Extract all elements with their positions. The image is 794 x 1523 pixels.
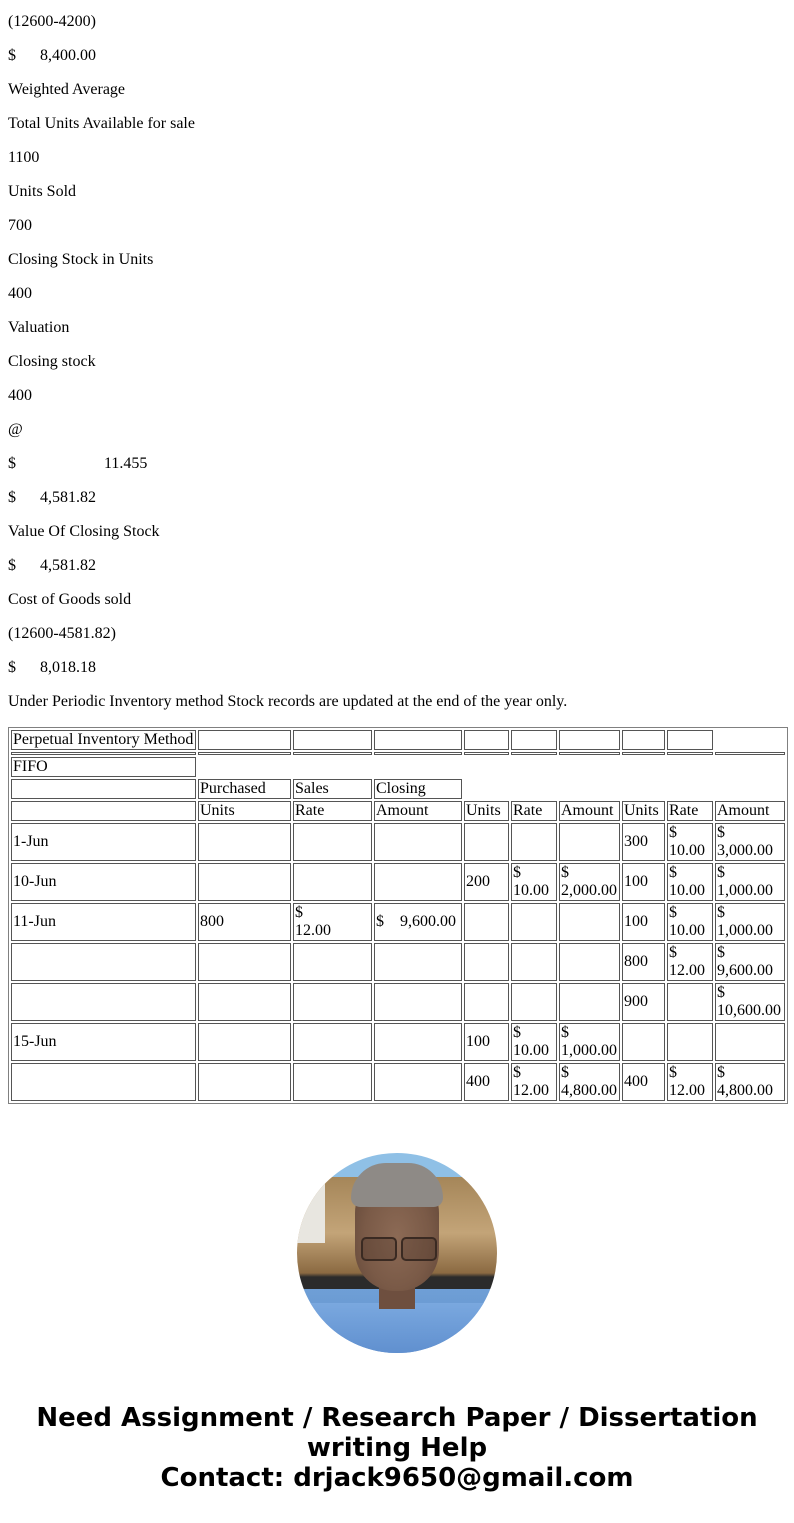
table-row: 10-Jun200$ 10.00$ 2,000.00100$ 10.00$ 1,… (11, 863, 785, 901)
value-cell (198, 1023, 291, 1061)
value-cell: $ 9,600.00 (715, 943, 785, 981)
value-cell: $ 9,600.00 (374, 903, 462, 941)
value-cell: $ 10.00 (511, 1023, 557, 1061)
value-cell: $ 2,000.00 (559, 863, 620, 901)
value-cell (464, 823, 509, 861)
paragraph-list: Cost of Goods sold(12600-4200)$ 8,400.00… (8, 0, 786, 711)
value-cell (293, 943, 372, 981)
value-cell: 800 (198, 903, 291, 941)
paragraph: Under Periodic Inventory method Stock re… (8, 693, 786, 711)
spacer-row (11, 752, 785, 755)
table-body: 1-Jun300$ 10.00$ 3,000.0010-Jun200$ 10.0… (11, 823, 785, 1101)
value-cell (374, 983, 462, 1021)
table-title-row: Perpetual Inventory Method (11, 730, 785, 750)
method-label: FIFO (11, 757, 196, 777)
group-header-sales: Sales (293, 779, 372, 799)
value-cell: $ 4,800.00 (559, 1063, 620, 1101)
column-header: Units (198, 801, 291, 821)
paragraph: @ (8, 421, 786, 439)
value-cell (511, 943, 557, 981)
paragraph: (12600-4200) (8, 13, 786, 31)
table-row: 11-Jun800$ 12.00$ 9,600.00100$ 10.00$ 1,… (11, 903, 785, 941)
method-row: FIFO (11, 757, 785, 777)
paragraph: Total Units Available for sale (8, 115, 786, 133)
value-cell (559, 983, 620, 1021)
value-cell: 200 (464, 863, 509, 901)
paragraph: $ 8,018.18 (8, 659, 786, 677)
value-cell: $ 12.00 (667, 1063, 713, 1101)
footer: Need Assignment / Research Paper / Disse… (0, 1153, 794, 1493)
value-cell (374, 823, 462, 861)
value-cell (559, 943, 620, 981)
value-cell (667, 1023, 713, 1061)
value-cell: $ 10.00 (511, 863, 557, 901)
table-title: Perpetual Inventory Method (11, 730, 196, 750)
group-header-purchased: Purchased (198, 779, 291, 799)
paragraph: 400 (8, 285, 786, 303)
column-header: Amount (715, 801, 785, 821)
value-cell (198, 1063, 291, 1101)
paragraph: Valuation (8, 319, 786, 337)
value-cell: $ 10,600.00 (715, 983, 785, 1021)
paragraph: Closing stock (8, 353, 786, 371)
value-cell (198, 983, 291, 1021)
table-row: 15-Jun100$ 10.00$ 1,000.00 (11, 1023, 785, 1061)
value-cell (511, 983, 557, 1021)
value-cell: $ 10.00 (667, 863, 713, 901)
footer-line-2: writing Help (0, 1433, 794, 1463)
value-cell (374, 863, 462, 901)
date-cell: 10-Jun (11, 863, 196, 901)
paragraph: Closing Stock in Units (8, 251, 786, 269)
value-cell (198, 823, 291, 861)
value-cell (293, 1063, 372, 1101)
value-cell: 300 (622, 823, 665, 861)
date-cell: 1-Jun (11, 823, 196, 861)
value-cell: $ 12.00 (293, 903, 372, 941)
value-cell: 400 (464, 1063, 509, 1101)
column-header: Amount (374, 801, 462, 821)
paragraph: 1100 (8, 149, 786, 167)
value-cell: $ 12.00 (511, 1063, 557, 1101)
contact-banner: Need Assignment / Research Paper / Disse… (0, 1403, 794, 1493)
value-cell: $ 4,800.00 (715, 1063, 785, 1101)
value-cell: 100 (622, 863, 665, 901)
value-cell (464, 903, 509, 941)
value-cell (198, 863, 291, 901)
date-cell: 11-Jun (11, 903, 196, 941)
value-cell (715, 1023, 785, 1061)
value-cell (511, 823, 557, 861)
value-cell (293, 983, 372, 1021)
value-cell: 800 (622, 943, 665, 981)
paragraph: Value Of Closing Stock (8, 523, 786, 541)
table-row: 900$ 10,600.00 (11, 983, 785, 1021)
avatar (297, 1153, 497, 1353)
value-cell: $ 10.00 (667, 823, 713, 861)
value-cell: 400 (622, 1063, 665, 1101)
value-cell: $ 3,000.00 (715, 823, 785, 861)
value-cell: $ 10.00 (667, 903, 713, 941)
paragraph: 400 (8, 387, 786, 405)
table-row: 800$ 12.00$ 9,600.00 (11, 943, 785, 981)
group-header-closing: Closing (374, 779, 462, 799)
value-cell (559, 823, 620, 861)
date-cell (11, 943, 196, 981)
column-header: Rate (511, 801, 557, 821)
value-cell (374, 1063, 462, 1101)
table-row: 400$ 12.00$ 4,800.00400$ 12.00$ 4,800.00 (11, 1063, 785, 1101)
column-header: Units (464, 801, 509, 821)
footer-line-3: Contact: drjack9650@gmail.com (0, 1463, 794, 1493)
footer-line-1: Need Assignment / Research Paper / Disse… (0, 1403, 794, 1433)
column-header: Units (622, 801, 665, 821)
paragraph: Units Sold (8, 183, 786, 201)
date-cell (11, 983, 196, 1021)
value-cell: 100 (464, 1023, 509, 1061)
column-header: Rate (667, 801, 713, 821)
value-cell: $ 12.00 (667, 943, 713, 981)
perpetual-inventory-table: Perpetual Inventory Method FIFO Purchase… (8, 727, 788, 1104)
paragraph: 700 (8, 217, 786, 235)
group-header-row: Purchased Sales Closing (11, 779, 785, 799)
paragraph: $ 4,581.82 (8, 557, 786, 575)
table-row: 1-Jun300$ 10.00$ 3,000.00 (11, 823, 785, 861)
column-header-row: Units Rate Amount Units Rate Amount Unit… (11, 801, 785, 821)
value-cell (198, 943, 291, 981)
value-cell (293, 823, 372, 861)
value-cell (374, 943, 462, 981)
date-cell: 15-Jun (11, 1023, 196, 1061)
value-cell (293, 863, 372, 901)
glasses-icon (361, 1237, 397, 1261)
document-body: Cost of Goods sold(12600-4200)$ 8,400.00… (8, 0, 786, 1104)
paragraph: $ 11.455 (8, 455, 786, 473)
paragraph: (12600-4581.82) (8, 625, 786, 643)
paragraph: $ 8,400.00 (8, 47, 786, 65)
paragraph: Weighted Average (8, 81, 786, 99)
value-cell (464, 983, 509, 1021)
date-cell (11, 1063, 196, 1101)
value-cell: 100 (622, 903, 665, 941)
value-cell: 900 (622, 983, 665, 1021)
value-cell: $ 1,000.00 (715, 903, 785, 941)
paragraph: Cost of Goods sold (8, 591, 786, 609)
value-cell: $ 1,000.00 (559, 1023, 620, 1061)
value-cell (559, 903, 620, 941)
column-header: Amount (559, 801, 620, 821)
value-cell (464, 943, 509, 981)
value-cell (293, 1023, 372, 1061)
paragraph: $ 4,581.82 (8, 489, 786, 507)
value-cell (374, 1023, 462, 1061)
value-cell (667, 983, 713, 1021)
column-header: Rate (293, 801, 372, 821)
value-cell: $ 1,000.00 (715, 863, 785, 901)
value-cell (511, 903, 557, 941)
value-cell (622, 1023, 665, 1061)
